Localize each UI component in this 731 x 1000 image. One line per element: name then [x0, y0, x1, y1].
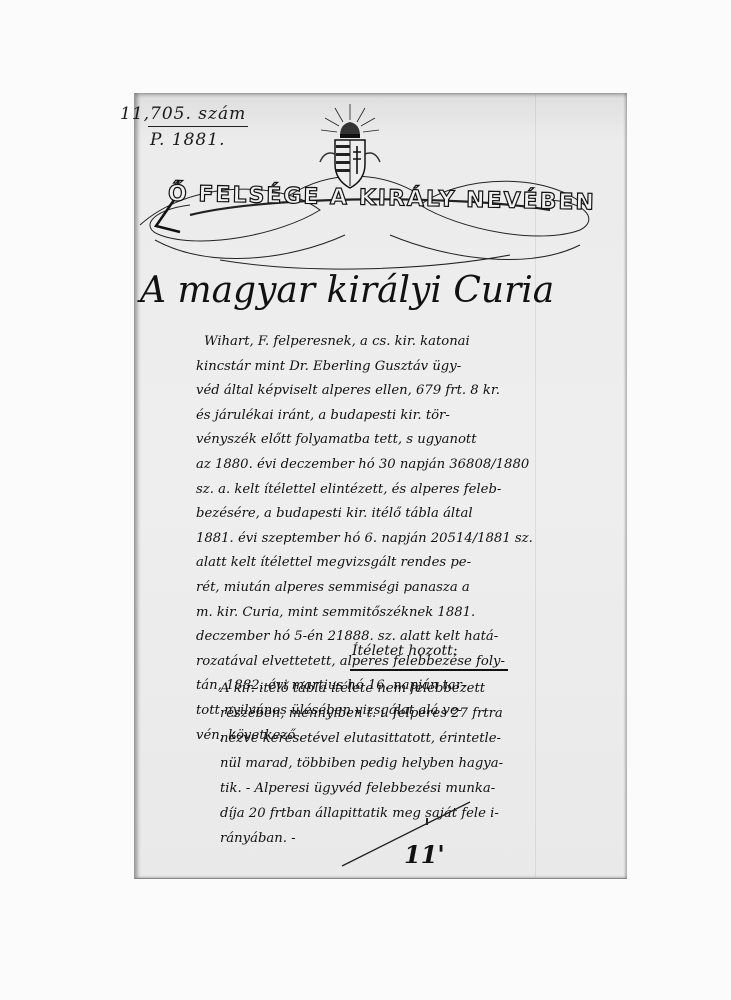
- decision-line: részében, mennyiben t. i. felperes 27 fr…: [220, 701, 620, 726]
- court-title: A magyar királyi Curia: [140, 270, 554, 311]
- signature-tick: [426, 818, 428, 825]
- body-line: m. kir. Curia, mint semmitőszéknek 1881.: [196, 601, 616, 626]
- body-line: és járulékai iránt, a budapesti kir. tör…: [196, 404, 616, 429]
- body-line: alatt kelt ítélettel megvizsgált rendes …: [196, 551, 616, 576]
- body-line: rét, miután alperes semmiségi panasza a: [196, 576, 616, 601]
- decision-line: nézve keresetével elutasittatott, érinte…: [220, 726, 620, 751]
- reference-divider: [148, 126, 248, 127]
- body-line: kincstár mint Dr. Eberling Gusztáv ügy-: [196, 355, 616, 380]
- body-line: Wihart, F. felperesnek, a cs. kir. katon…: [196, 330, 616, 355]
- decision-line: tik. - Alperesi ügyvéd felebbezési munka…: [220, 776, 620, 801]
- body-line: vényszék előtt folyamatba tett, s ugyano…: [196, 428, 616, 453]
- decision-line: nül marad, többiben pedig helyben hagya-: [220, 751, 620, 776]
- verdict-heading: Ítéletet hozott:: [352, 643, 457, 659]
- body-line: 1881. évi szeptember hó 6. napján 20514/…: [196, 527, 616, 552]
- body-line: sz. a. kelt ítélettel elintézett, és alp…: [196, 478, 616, 503]
- body-line: véd által képviselt alperes ellen, 679 f…: [196, 379, 616, 404]
- decision-line: A kir. itélő tábla ítélete nem felebbeze…: [220, 676, 620, 701]
- reference-number: 11,705. szám: [120, 104, 246, 124]
- body-line: bezésére, a budapesti kir. itélő tábla á…: [196, 502, 616, 527]
- signature-mark: 11': [404, 840, 445, 869]
- verdict-underline: [350, 669, 508, 671]
- body-line: az 1880. évi deczember hó 30 napján 3680…: [196, 453, 616, 478]
